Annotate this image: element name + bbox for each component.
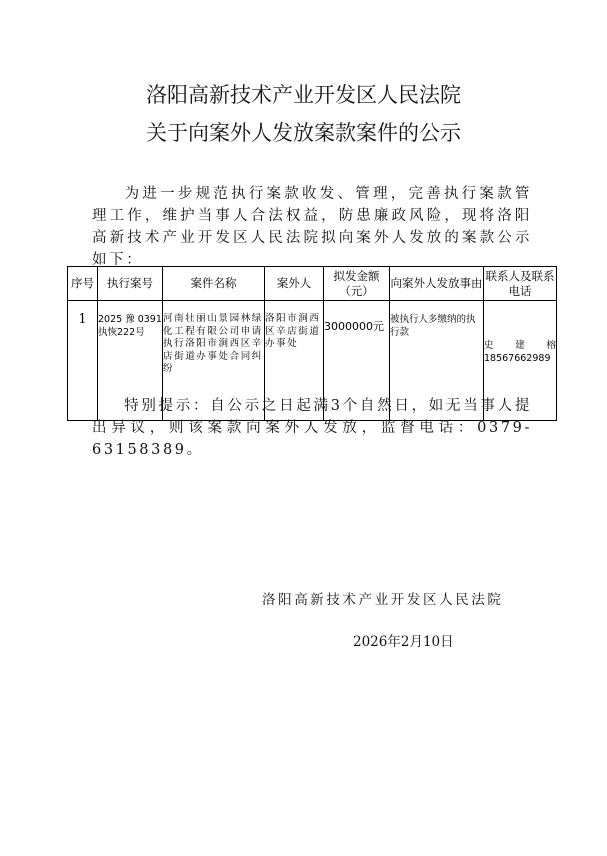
- header-seq: 序号: [68, 267, 98, 301]
- header-case-name: 案件名称: [163, 267, 265, 301]
- notice-paragraph: 特别提示：自公示之日起满3个自然日，如无当事人提出异议，则该案款向案外人发放，监…: [92, 395, 532, 461]
- contact-name: 史 建 榕: [484, 340, 556, 353]
- issue-date: 2026年2月10日: [353, 630, 454, 650]
- issuer-signature: 洛阳高新技术产业开发区人民法院: [262, 588, 504, 608]
- contact-phone: 18567662989: [484, 353, 556, 366]
- header-reason: 向案外人发放事由: [390, 267, 484, 301]
- document-title-line2: 关于向案外人发放案款案件的公示: [0, 120, 607, 146]
- document-title-line1: 洛阳高新技术产业开发区人民法院: [0, 82, 607, 108]
- table-header-row: 序号 执行案号 案件名称 案外人 拟发金额（元） 向案外人发放事由 联系人及联系…: [68, 267, 557, 301]
- notice-text: 特别提示：自公示之日起满3个自然日，如无当事人提出异议，则该案款向案外人发放，监…: [92, 398, 532, 458]
- header-case-number: 执行案号: [98, 267, 163, 301]
- header-outsider: 案外人: [265, 267, 324, 301]
- intro-text: 为进一步规范执行案款收发、管理，完善执行案款管理工作，维护当事人合法权益，防患廉…: [92, 186, 532, 268]
- intro-paragraph: 为进一步规范执行案款收发、管理，完善执行案款管理工作，维护当事人合法权益，防患廉…: [92, 183, 532, 271]
- header-contact: 联系人及联系电话: [484, 267, 557, 301]
- header-amount: 拟发金额（元）: [324, 267, 390, 301]
